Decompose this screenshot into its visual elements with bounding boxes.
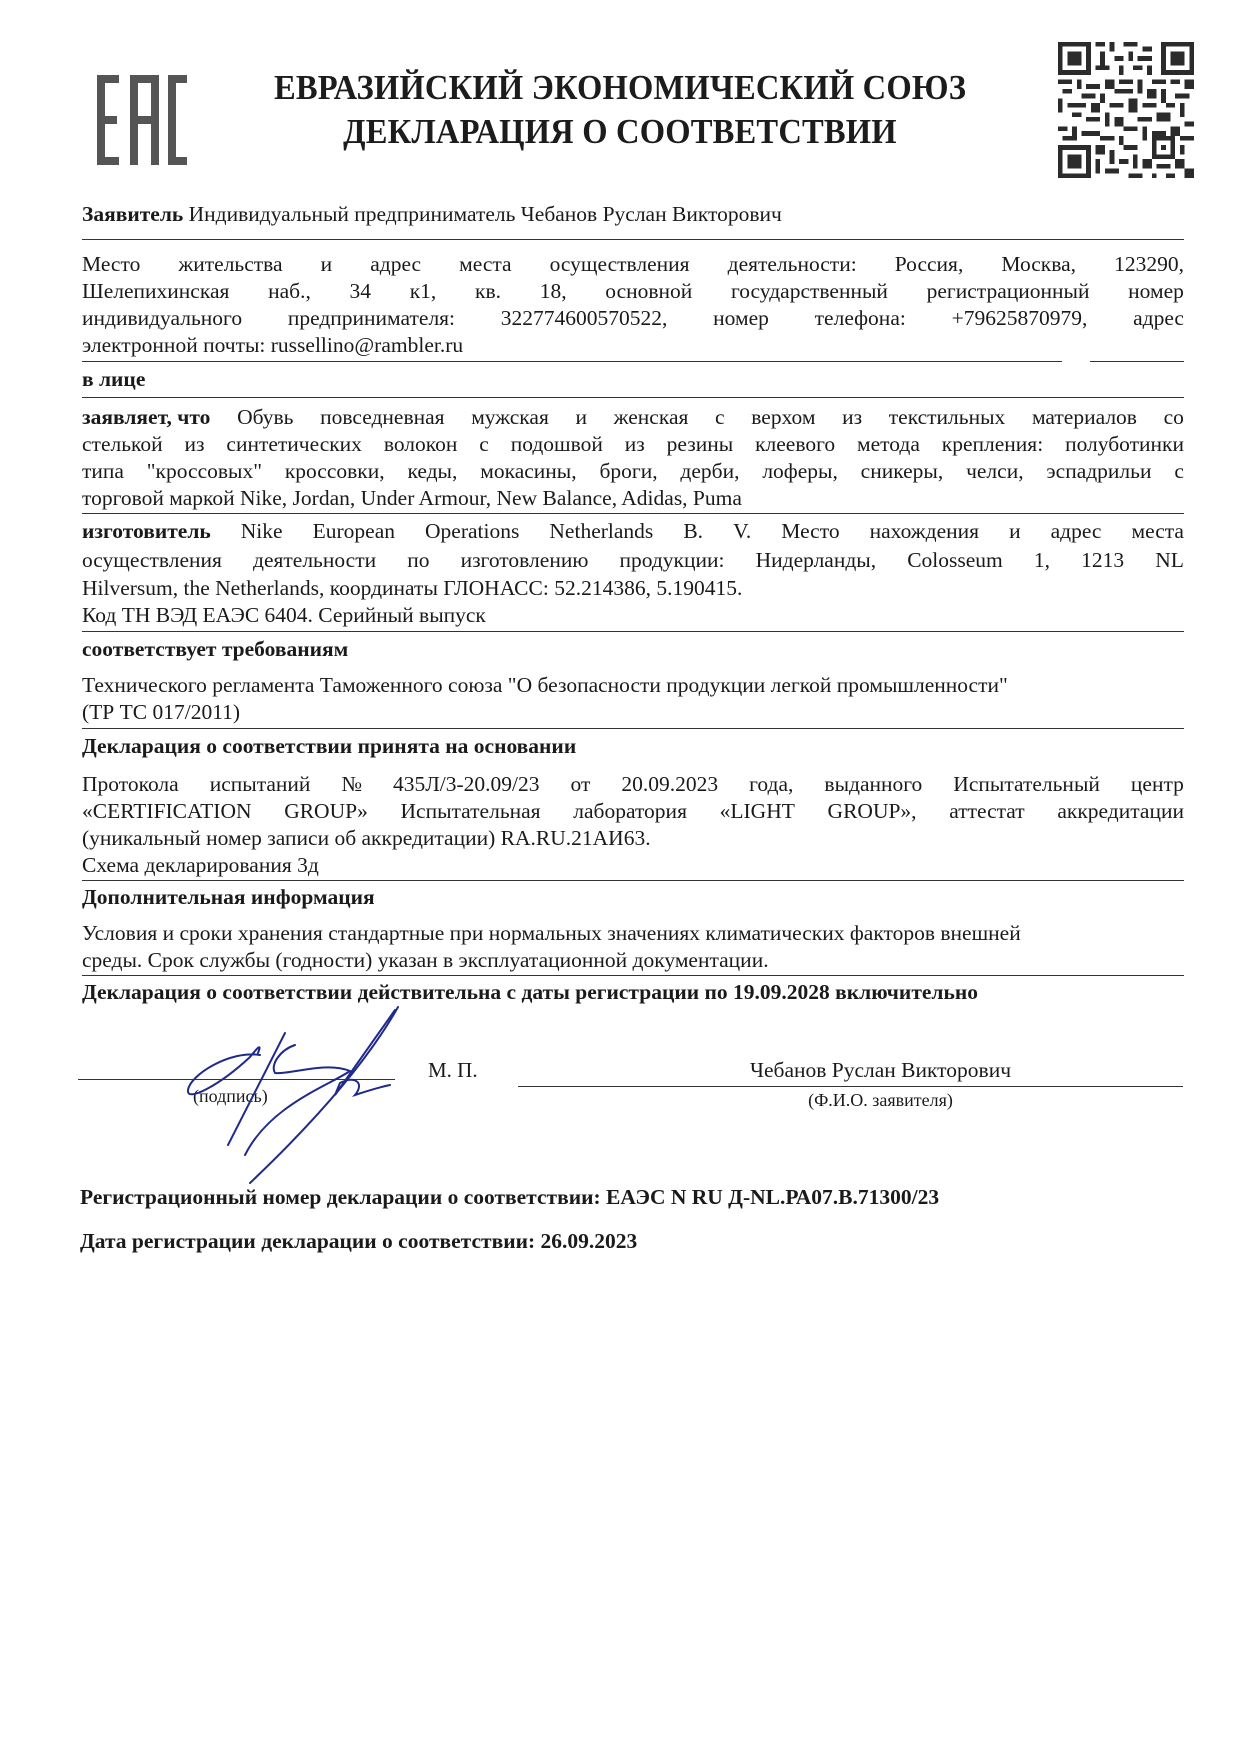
word: продукции: [619, 547, 724, 574]
word: текстильных [889, 404, 1006, 431]
word: резины [667, 431, 734, 458]
name-caption: (Ф.И.О. заявителя) [518, 1090, 1183, 1111]
word: 18, [540, 278, 567, 305]
word: GROUP», [828, 798, 917, 825]
word: повседневная [320, 404, 444, 431]
word: стелькой [82, 431, 163, 458]
registration-number-row: Регистрационный номер декларации о соотв… [80, 1184, 939, 1211]
word: года, [749, 771, 793, 798]
word: сникеры, [861, 458, 944, 485]
name-line [518, 1086, 1183, 1087]
word: к1, [410, 278, 437, 305]
applicant-name: Чебанов Руслан Викторович [518, 1058, 1183, 1083]
manufacturer-line-2: осуществлениядеятельностипоизготовлениюп… [82, 547, 1184, 574]
word: European [313, 518, 395, 545]
registration-number-label: Регистрационный номер декларации о соотв… [80, 1185, 601, 1209]
registration-date: 26.09.2023 [541, 1229, 638, 1253]
applicant-value: Индивидуальный предприниматель Чебанов Р… [189, 202, 782, 226]
word: из [842, 404, 862, 431]
registration-date-row: Дата регистрации декларации о соответств… [80, 1228, 637, 1255]
word: Место [82, 251, 140, 278]
address-line-2: Шелепихинскаянаб.,34к1,кв.18,основнойгос… [82, 278, 1184, 305]
word: броги, [599, 458, 657, 485]
word: номер [713, 305, 769, 332]
declares-line-2: стелькойизсинтетическихволоконсподошвойи… [82, 431, 1184, 458]
word: подошвой [511, 431, 603, 458]
word: наб., [268, 278, 311, 305]
word: 34 [350, 278, 372, 305]
word: с [715, 404, 725, 431]
word: осуществления [550, 251, 690, 278]
declares-line-3: типа"кроссовых"кроссовки,кеды,мокасины,б… [82, 458, 1184, 485]
word: женская [614, 404, 689, 431]
compliance-label: соответствует требованиям [82, 636, 348, 663]
divider [82, 361, 1062, 362]
word: крепления: [942, 431, 1043, 458]
word: клеевого [755, 431, 835, 458]
additional-line-2: среды. Срок службы (годности) указан в э… [82, 947, 1184, 974]
word: выданного [824, 771, 922, 798]
word: государственный [731, 278, 888, 305]
word: аккредитации [1057, 798, 1184, 825]
word: осуществления [82, 547, 222, 574]
word: Москва, [1001, 251, 1076, 278]
word: по [407, 547, 429, 574]
section-label: изготовитель [82, 518, 211, 545]
additional-line-1: Условия и сроки хранения стандартные при… [82, 920, 1184, 947]
word: метода [857, 431, 920, 458]
divider [82, 397, 1184, 398]
word: деятельности [253, 547, 376, 574]
divider [82, 880, 1184, 881]
regulation-code: (ТР ТС 017/2011) [82, 699, 1184, 726]
basis-line-2: «CERTIFICATIONGROUP»Испытательнаялаборат… [82, 798, 1184, 825]
word: предпринимателя: [288, 305, 455, 332]
word: нахождения [870, 518, 979, 545]
word: Испытательная [401, 798, 541, 825]
basis-line-1: Протоколаиспытаний№435Л/3-20.09/23от20.0… [82, 771, 1184, 798]
word: B. [683, 518, 703, 545]
word: 435Л/3-20.09/23 [393, 771, 540, 798]
word: V. [733, 518, 751, 545]
word: материалов [1032, 404, 1137, 431]
word: телефона: [815, 305, 906, 332]
word: испытаний [210, 771, 311, 798]
applicant-row: Заявитель Индивидуальный предприниматель… [82, 201, 1184, 228]
word: адрес [1051, 518, 1102, 545]
word: 123290, [1114, 251, 1184, 278]
handwritten-signature-icon [150, 995, 450, 1185]
word: Протокола [82, 771, 179, 798]
word: полуботинки [1065, 431, 1184, 458]
word: и [321, 251, 333, 278]
word: синтетических [226, 431, 362, 458]
registration-number: ЕАЭС N RU Д-NL.РА07.В.71300/23 [606, 1185, 939, 1209]
divider [82, 239, 1184, 240]
divider [1090, 361, 1184, 362]
word: Operations [425, 518, 519, 545]
word: 20.09.2023 [621, 771, 718, 798]
applicant-label: Заявитель [82, 202, 183, 226]
word: мокасины, [480, 458, 576, 485]
word: кв. [475, 278, 501, 305]
word: адрес [370, 251, 421, 278]
word: «CERTIFICATION [82, 798, 252, 825]
divider [82, 728, 1184, 729]
word: Nike [241, 518, 283, 545]
word: мужская [471, 404, 549, 431]
word: Россия, [895, 251, 964, 278]
manufacturer-line-1: изготовительNikeEuropeanOperationsNether… [82, 518, 1184, 545]
word: волокон [384, 431, 458, 458]
word: и [576, 404, 588, 431]
word: № [341, 771, 362, 798]
declares-line-4: торговой маркой Nike, Jordan, Under Armo… [82, 485, 1184, 512]
manufacturer-line-3: Hilversum, the Netherlands, координаты Г… [82, 575, 1184, 602]
word: места [459, 251, 511, 278]
in-person-label: в лице [82, 366, 145, 393]
address-line-1: Местожительстваиадресместаосуществленияд… [82, 251, 1184, 278]
basis-label: Декларация о соответствии принята на осн… [82, 733, 576, 760]
word: от [571, 771, 591, 798]
word: деятельности: [728, 251, 857, 278]
declares-line-1: заявляет, чтоОбувьповседневнаямужскаяиже… [82, 404, 1184, 431]
word: +79625870979, [952, 305, 1088, 332]
word: "кроссовых" [147, 458, 262, 485]
word: Нидерланды, [756, 547, 877, 574]
word: Обувь [237, 404, 293, 431]
word: Netherlands [549, 518, 653, 545]
word: с [479, 431, 489, 458]
word: кеды, [407, 458, 457, 485]
word: 1, [1034, 547, 1050, 574]
word: из [625, 431, 645, 458]
word: GROUP» [284, 798, 368, 825]
word: дерби, [680, 458, 739, 485]
word: адрес [1133, 305, 1184, 332]
word: Colosseum [907, 547, 1003, 574]
word: NL [1155, 547, 1184, 574]
qr-code-icon[interactable] [1058, 42, 1194, 178]
word: изготовлению [461, 547, 589, 574]
word: жительства [178, 251, 282, 278]
word: «LIGHT [720, 798, 795, 825]
section-label: заявляет, что [82, 404, 210, 431]
word: лоферы, [762, 458, 838, 485]
declaration-scheme: Схема декларирования 3д [82, 852, 1184, 879]
divider [82, 513, 1184, 514]
compliance-text: Технического регламента Таможенного союз… [82, 672, 1184, 699]
word: индивидуального [82, 305, 242, 332]
word: с [1174, 458, 1184, 485]
additional-label: Дополнительная информация [82, 884, 375, 911]
word: Испытательный [953, 771, 1100, 798]
address-line-4: электронной почты: russellino@rambler.ru [82, 332, 1184, 359]
word: из [185, 431, 205, 458]
word: со [1164, 404, 1184, 431]
word: лаборатория [573, 798, 687, 825]
divider [82, 631, 1184, 632]
word: верхом [751, 404, 815, 431]
union-title: ЕВРАЗИЙСКИЙ ЭКОНОМИЧЕСКИЙ СОЮЗ [267, 68, 974, 108]
basis-line-3: (уникальный номер записи об аккредитации… [82, 825, 1184, 852]
word: номер [1128, 278, 1184, 305]
word: центр [1131, 771, 1184, 798]
word: и [1009, 518, 1021, 545]
word: места [1132, 518, 1184, 545]
word: челси, [966, 458, 1024, 485]
word: 1213 [1081, 547, 1124, 574]
hs-code: Код ТН ВЭД ЕАЭС 6404. Серийный выпуск [82, 602, 1184, 629]
word: эспадрильи [1046, 458, 1151, 485]
word: типа [82, 458, 124, 485]
word: основной [605, 278, 692, 305]
word: регистрационный [927, 278, 1090, 305]
word: Шелепихинская [82, 278, 229, 305]
eac-logo-icon [95, 75, 187, 165]
registration-date-label: Дата регистрации декларации о соответств… [80, 1229, 535, 1253]
declaration-title: ДЕКЛАРАЦИЯ О СООТВЕТСТВИИ [267, 112, 974, 152]
word: аттестат [949, 798, 1024, 825]
divider [82, 975, 1184, 976]
word: Место [781, 518, 839, 545]
word: кроссовки, [285, 458, 385, 485]
word: 322774600570522, [501, 305, 668, 332]
address-line-3: индивидуальногопредпринимателя:322774600… [82, 305, 1184, 332]
